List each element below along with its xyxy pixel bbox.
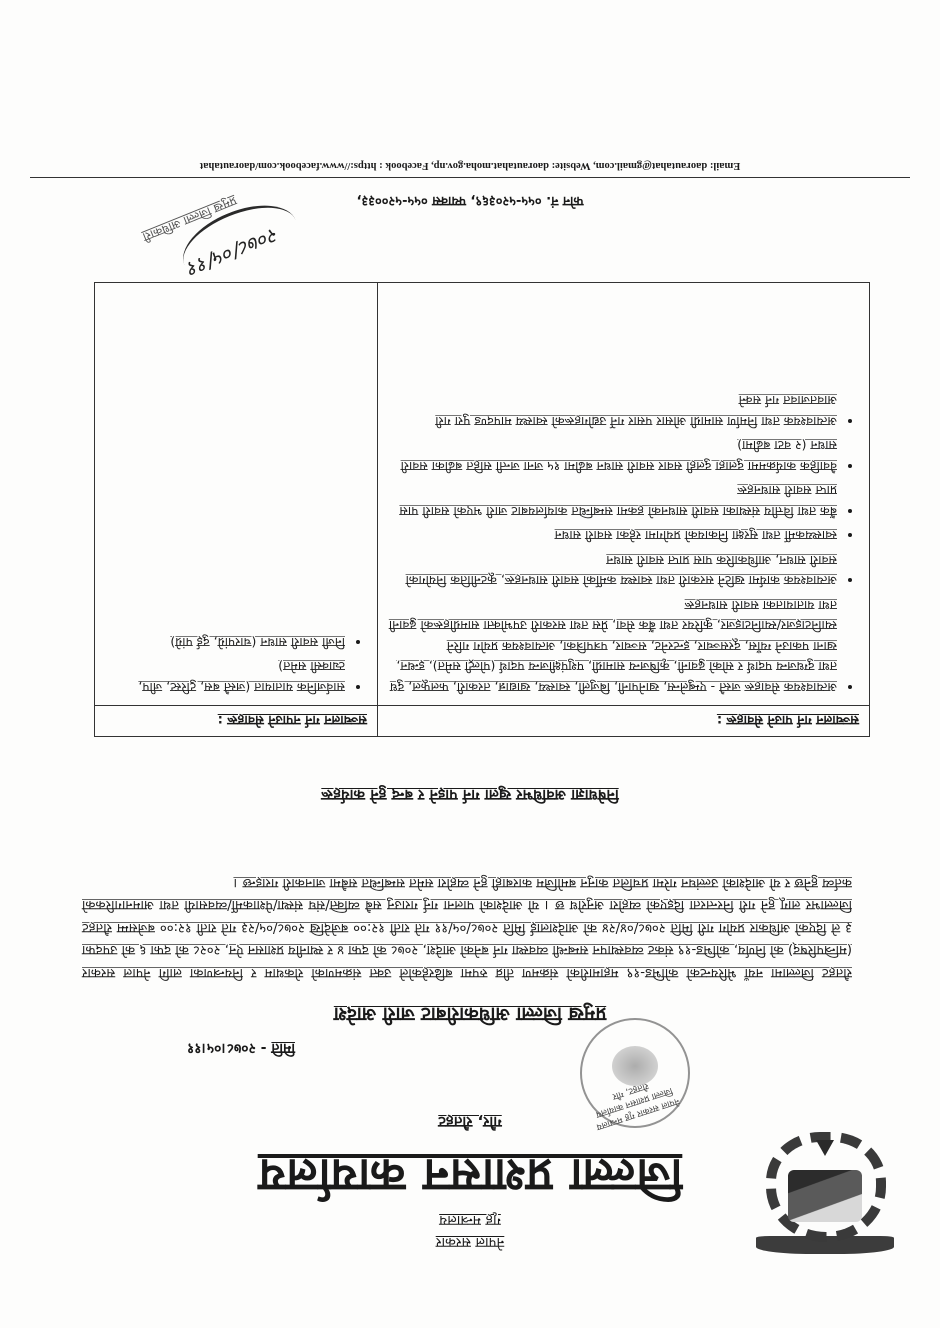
office-seal-icon: नेपाल सरकार गृह मन्त्रालय जिल्ला प्रशासन… [580,1018,690,1128]
list-item: अत्यावश्यक सेवाहरू जस्तै - एम्बुलेन्स, ख… [388,595,837,698]
list-item: अत्यावश्यक तथा निर्माण सामाग्री ओसार पसा… [388,390,837,431]
allowed-services-heading: सञ्चालन गर्न पाउने सेवाहरू : [378,705,869,736]
prohibited-services-heading: सञ्चालन गर्न नपाउने सेवाहरू : [95,705,377,736]
ministry-name: गृह मन्त्रालय [0,1211,940,1230]
order-body: रौतहट जिल्लामा नयाँ भेरियन्टको कोभिड-१९ … [82,871,852,984]
contact-online: Email: daorautahat@gmail.com, Website: d… [30,160,910,171]
seal-emblem-icon [612,1046,658,1086]
allowed-services-column: सञ्चालन गर्न पाउने सेवाहरू : अत्यावश्यक … [377,283,869,736]
prohibited-services-list: सार्वजनिक यातायात (जस्तै बस, टुरिस्ट, जी… [105,632,367,698]
government-name: नेपाल सरकार [0,1233,940,1252]
restrictions-subheading: निषेधाज्ञा अवधिभर खुला गर्न पाइने र बन्द… [0,785,940,805]
allowed-services-list: अत्यावश्यक सेवाहरू जस्तै - एम्बुलेन्स, ख… [388,390,859,697]
order-date: मिति - २०७८।०५।११ [187,1039,295,1058]
services-table: सञ्चालन गर्न पाउने सेवाहरू : अत्यावश्यक … [94,282,870,737]
order-title: प्रमुख जिल्ला अधिकारीबाट जारी आदेश [0,1002,940,1028]
list-item: स्वास्थ्यकर्मी तथा सुरक्षा निकायको प्रयो… [388,525,837,546]
document-page: नेपाल सरकार गृह मन्त्रालय जिल्ला प्रशासन… [0,0,940,1328]
list-item: वैवाहिक कार्यक्रममा दुलाहा दुलही सवार सव… [388,435,837,476]
list-item: बैंक तथा वित्तीय संस्थाका सवारी साधनको ह… [388,480,837,521]
office-name: जिल्ला प्रशासन कार्यालय [0,1146,940,1208]
office-address: गौर, रौतहट [0,1112,940,1132]
prohibited-services-column: सञ्चालन गर्न नपाउने सेवाहरू : सार्वजनिक … [95,283,377,736]
list-item: निजी सवारी साधन (चारपांग्रे, दुई पांग्रे… [105,632,345,653]
footer: फोन नं. ०५५-५२०३६९, फ्याक्स ०५५-५२००३३, … [30,177,910,178]
list-item: अत्यावश्यक कार्यमा खटिने सरकारी तथा स्वा… [388,550,837,591]
date-value: २०७८।०५।११ [187,1040,256,1056]
date-separator: - [256,1040,267,1056]
list-item: सार्वजनिक यातायात (जस्तै बस, टुरिस्ट, जी… [105,656,345,697]
date-label: मिति [271,1040,295,1056]
contact-phone-fax: फोन नं. ०५५-५२०३६९, फ्याक्स ०५५-५२००३३, [30,193,910,211]
